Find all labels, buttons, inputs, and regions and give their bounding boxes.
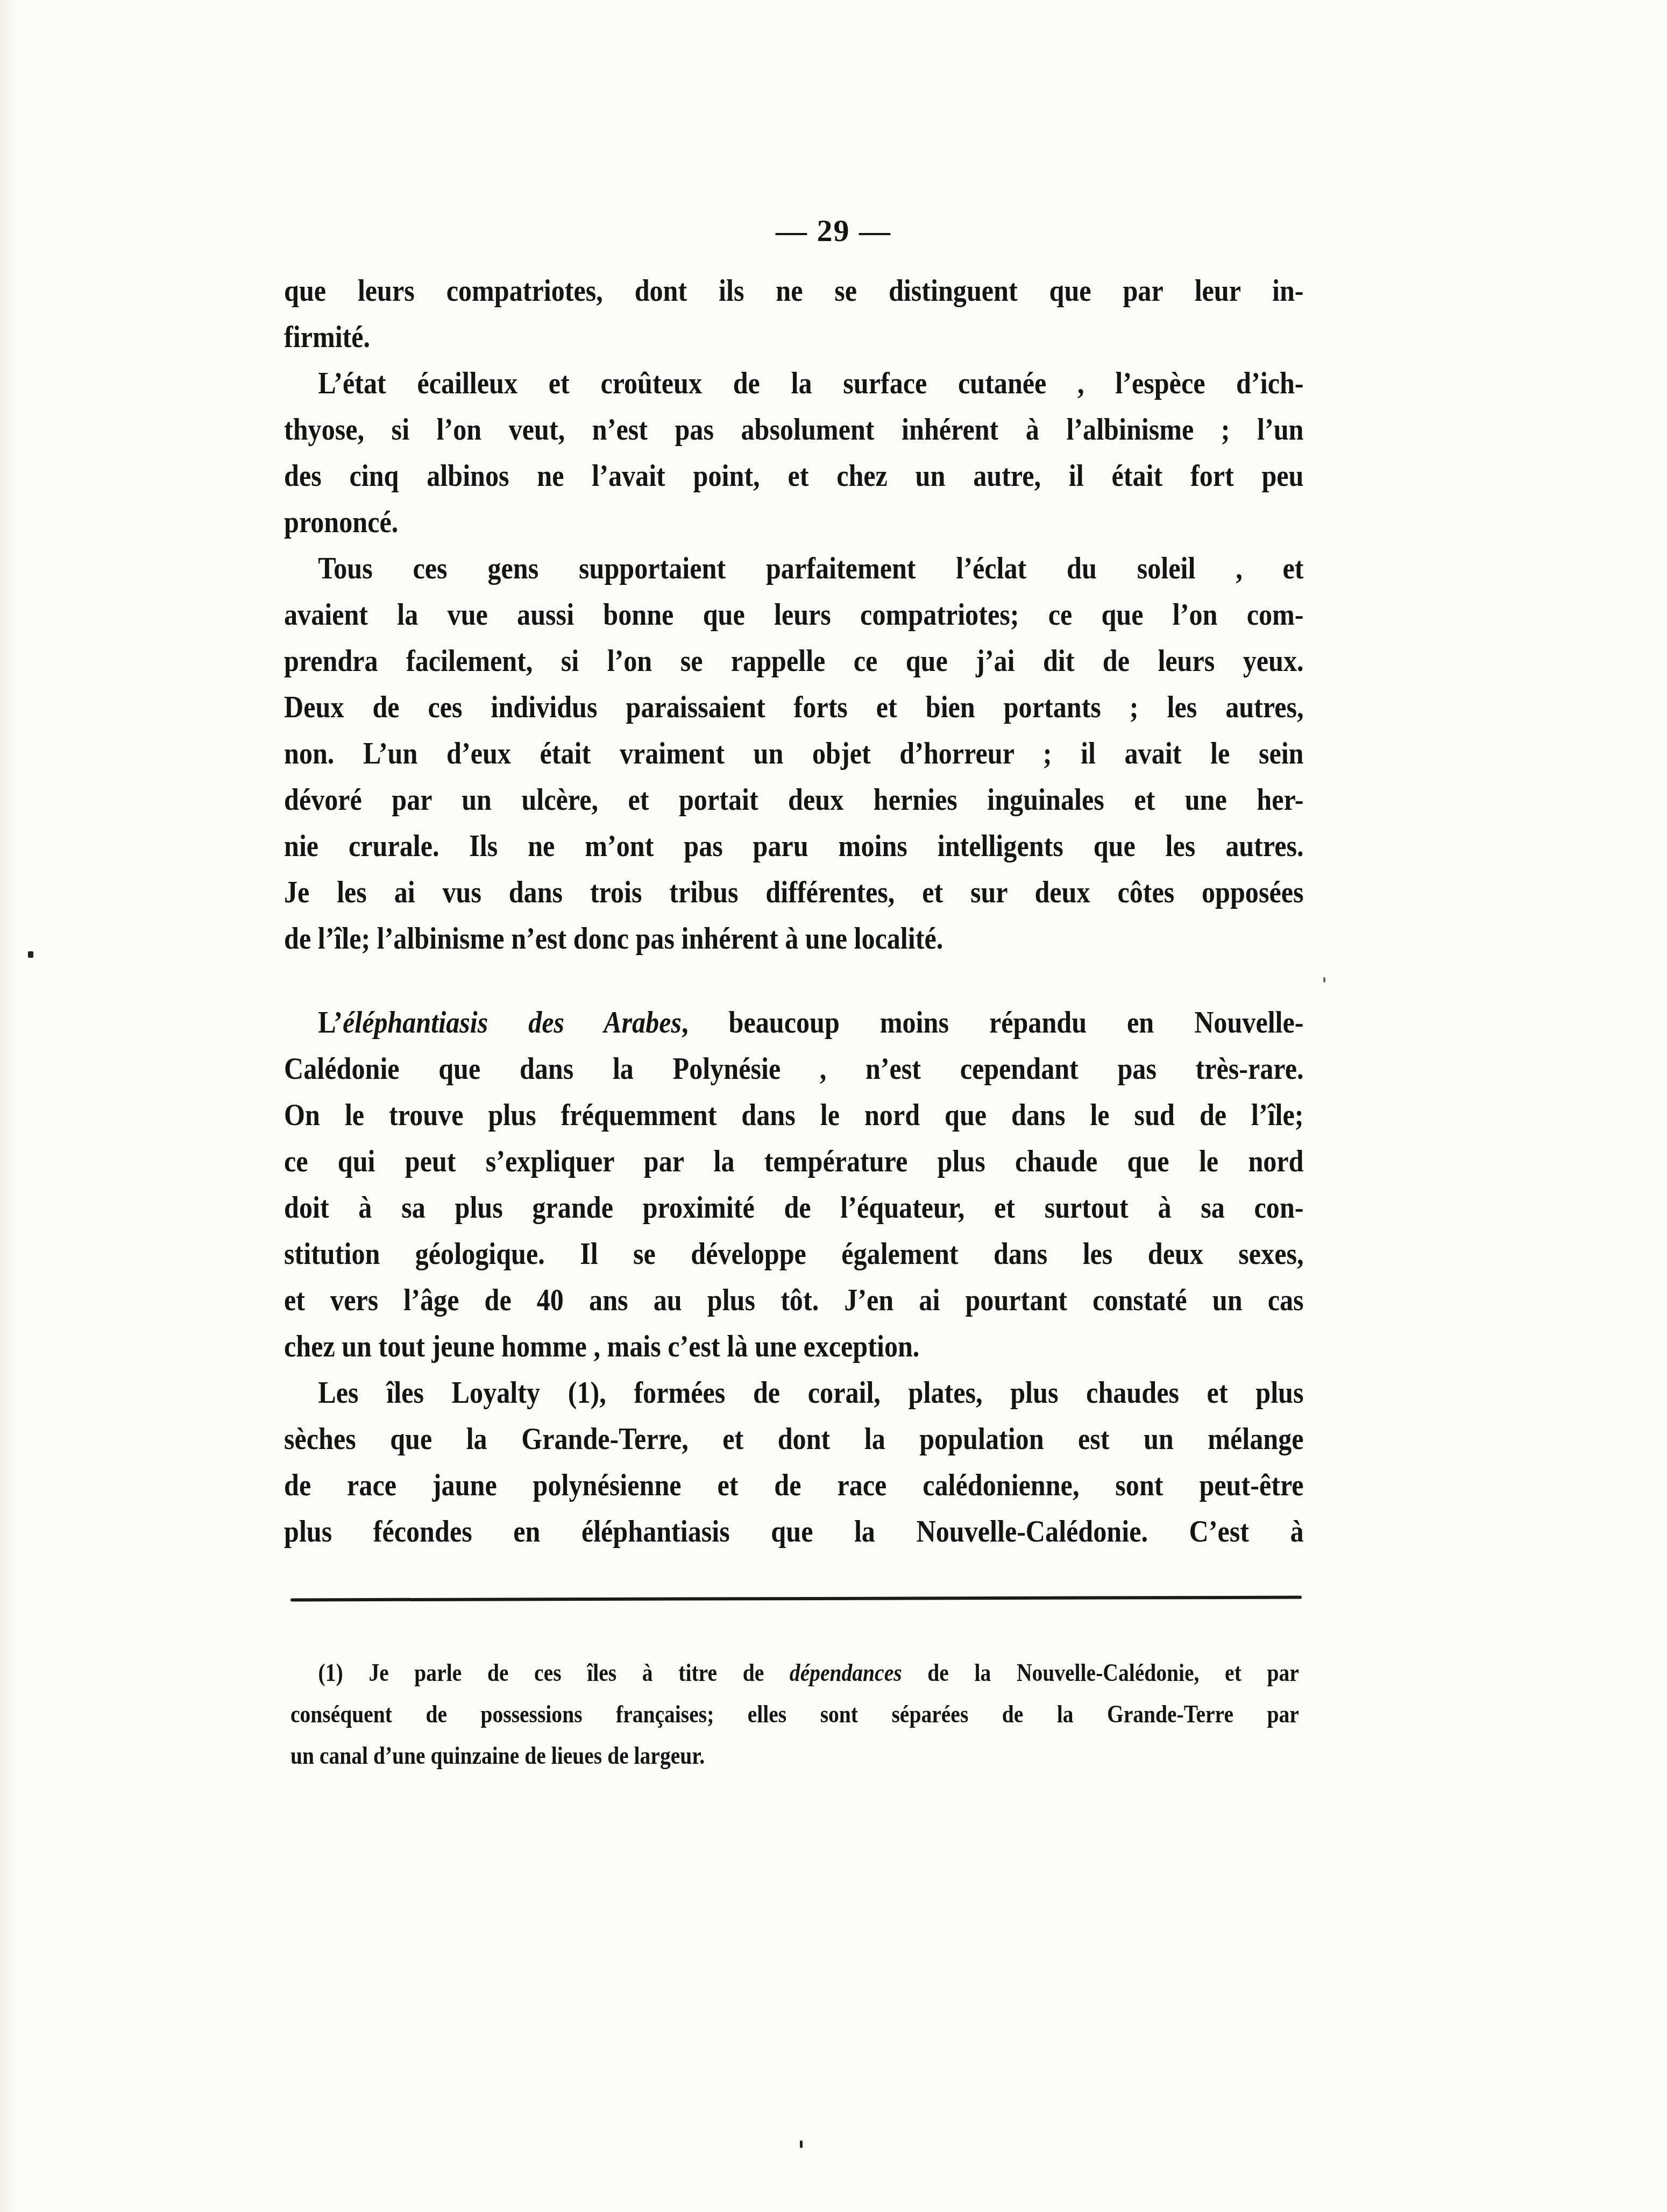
paragraph-4: L’éléphantiasis des Arabes, beaucoup moi… bbox=[284, 1000, 1304, 1370]
text-line: nie crurale. Ils ne m’ont pas paru moins… bbox=[284, 823, 1304, 870]
text-line: Deux de ces individus paraissaient forts… bbox=[284, 684, 1304, 731]
italic-term: éléphantiasis des Arabes bbox=[343, 1006, 682, 1040]
paragraph-1: que leurs compatriotes, dont ils ne se d… bbox=[284, 268, 1304, 361]
text-run: , beaucoup moins répandu en Nouvelle- bbox=[682, 1006, 1303, 1040]
scan-speck bbox=[1323, 977, 1325, 983]
text-line: stitution géologique. Il se développe ég… bbox=[284, 1231, 1304, 1277]
page-number: — 29 — bbox=[0, 213, 1667, 249]
text-line: ce qui peut s’expliquer par la températu… bbox=[284, 1139, 1304, 1185]
text-line: Tous ces gens supportaient parfaitement … bbox=[284, 546, 1304, 592]
text-line: plus fécondes en éléphantiasis que la No… bbox=[284, 1509, 1304, 1555]
text-line: sèches que la Grande-Terre, et dont la p… bbox=[284, 1416, 1304, 1462]
text-run: L’ bbox=[318, 1006, 343, 1040]
italic-term: dépendances bbox=[790, 1659, 902, 1686]
text-line: Les îles Loyalty (1), formées de corail,… bbox=[284, 1370, 1304, 1416]
text-line: thyose, si l’on veut, n’est pas absolume… bbox=[284, 407, 1304, 453]
scanned-page: — 29 — que leurs compatriotes, dont ils … bbox=[0, 0, 1667, 2212]
text-line: de l’île; l’albinisme n’est donc pas inh… bbox=[284, 916, 1304, 962]
text-line: L’état écailleux et croûteux de la surfa… bbox=[284, 361, 1304, 407]
text-line: Calédonie que dans la Polynésie , n’est … bbox=[284, 1046, 1304, 1092]
text-line: prononcé. bbox=[284, 499, 1304, 546]
text-line: et vers l’âge de 40 ans au plus tôt. J’e… bbox=[284, 1277, 1304, 1324]
text-line: de race jaune polynésienne et de race ca… bbox=[284, 1462, 1304, 1509]
scan-speck bbox=[800, 2140, 803, 2148]
text-line: chez un tout jeune homme , mais c’est là… bbox=[284, 1324, 1304, 1370]
paragraph-3: Tous ces gens supportaient parfaitement … bbox=[284, 546, 1304, 962]
body-text: que leurs compatriotes, dont ils ne se d… bbox=[284, 268, 1304, 1555]
text-line: dévoré par un ulcère, et portait deux he… bbox=[284, 777, 1304, 823]
footnote: (1) Je parle de ces îles à titre de dépe… bbox=[290, 1652, 1299, 1776]
footnote-line: (1) Je parle de ces îles à titre de dépe… bbox=[290, 1652, 1299, 1693]
text-line: Je les ai vus dans trois tribus différen… bbox=[284, 870, 1304, 916]
paragraph-5: Les îles Loyalty (1), formées de corail,… bbox=[284, 1370, 1304, 1555]
text-line: des cinq albinos ne l’avait point, et ch… bbox=[284, 453, 1304, 499]
paragraph-2: L’état écailleux et croûteux de la surfa… bbox=[284, 361, 1304, 546]
text-line: firmité. bbox=[284, 314, 1304, 361]
text-line: doit à sa plus grande proximité de l’équ… bbox=[284, 1185, 1304, 1231]
footnote-divider bbox=[290, 1596, 1302, 1602]
footnote-line: un canal d’une quinzaine de lieues de la… bbox=[290, 1735, 1299, 1776]
text-line: que leurs compatriotes, dont ils ne se d… bbox=[284, 268, 1304, 314]
footnote-line: conséquent de possessions françaises; el… bbox=[290, 1693, 1299, 1735]
text-run: Je parle de ces îles à titre de bbox=[368, 1659, 789, 1686]
scan-speck bbox=[28, 951, 33, 958]
footnote-marker: (1) bbox=[318, 1659, 343, 1686]
text-run: de la Nouvelle-Calédonie, et par bbox=[902, 1659, 1299, 1686]
text-line: non. L’un d’eux était vraiment un objet … bbox=[284, 731, 1304, 777]
text-line: prendra facilement, si l’on se rappelle … bbox=[284, 638, 1304, 684]
text-line: On le trouve plus fréquemment dans le no… bbox=[284, 1092, 1304, 1139]
text-line: L’éléphantiasis des Arabes, beaucoup moi… bbox=[284, 1000, 1304, 1046]
text-line: avaient la vue aussi bonne que leurs com… bbox=[284, 592, 1304, 638]
